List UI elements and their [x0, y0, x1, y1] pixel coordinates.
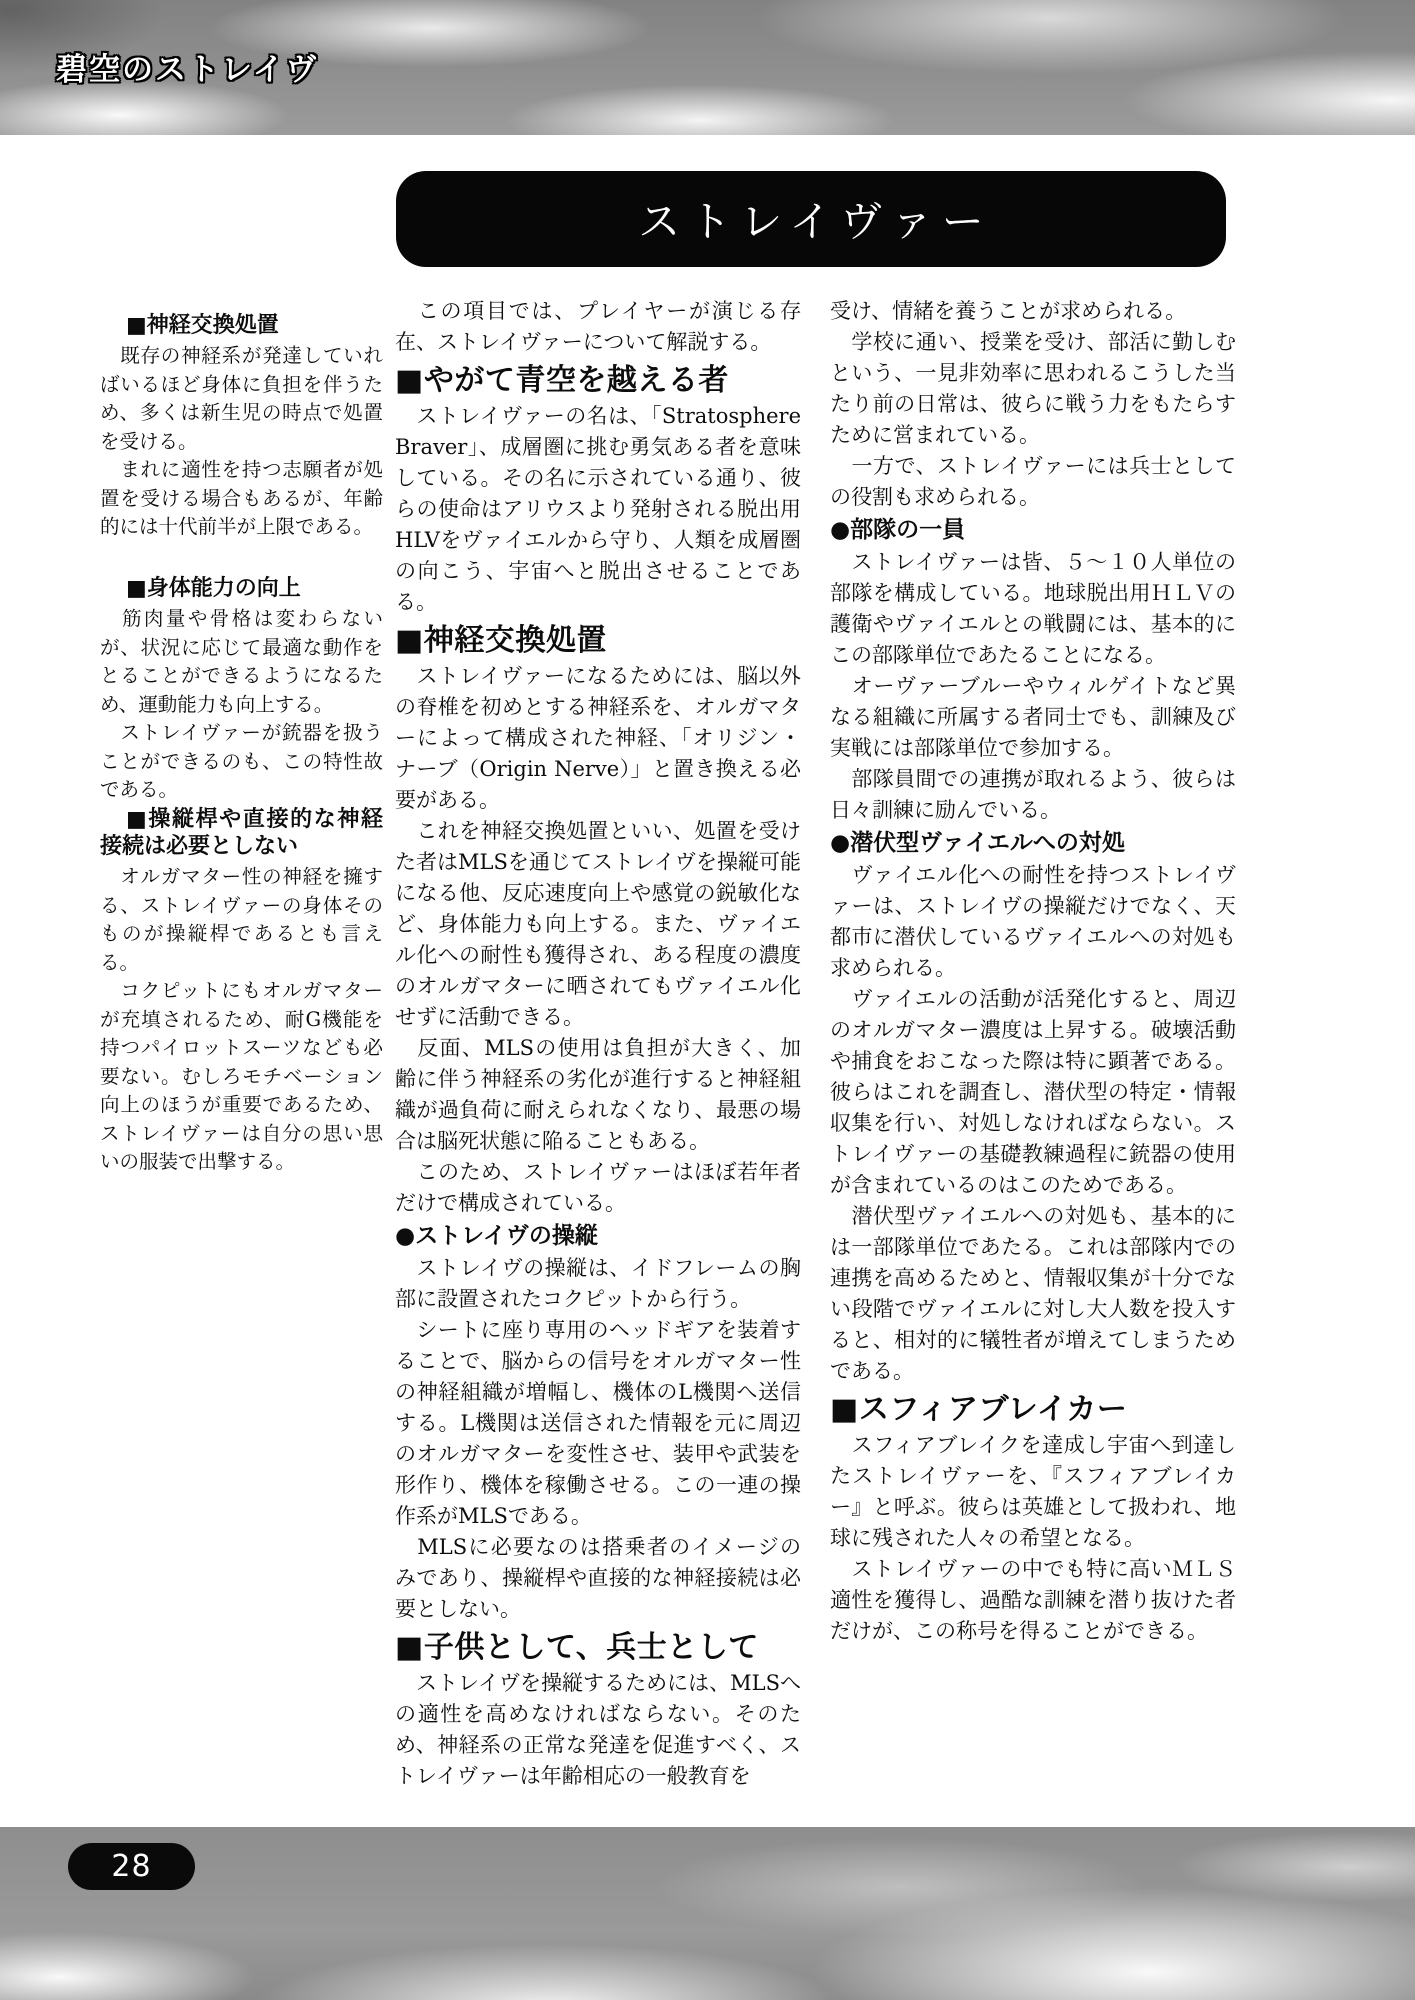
body-paragraph: スフィアブレイクを達成し宇宙へ到達したストレイヴァーを、『スフィアブレイカー』と… [830, 1430, 1236, 1554]
sidebar-section-heading: ■身体能力の向上 [100, 575, 383, 602]
body-paragraph: これを神経交換処置といい、処置を受けた者はMLSを通じてストレイヴを操縦可能にな… [395, 816, 801, 1033]
sidebar-section-physical-ability: ■身体能力の向上 筋肉量や骨格は変わらないが、状況に応じて最適な動作をとることが… [100, 575, 383, 805]
sidebar-section-heading: ■神経交換処置 [100, 312, 383, 339]
page-number-badge: 28 [68, 1843, 195, 1890]
section-heading-nerve-exchange: ■神経交換処置 [395, 622, 801, 659]
body-paragraph: ストレイヴの操縦は、イドフレームの胸部に設置されたコクピットから行う。 [395, 1253, 801, 1315]
body-paragraph: 受け、情緒を養うことが求められる。 [830, 296, 1236, 327]
body-paragraph: シートに座り専用のヘッドギアを装着することで、脳からの信号をオルガマター性の神経… [395, 1315, 801, 1532]
section-heading-sky-crosser: ■やがて青空を越える者 [395, 362, 801, 399]
body-paragraph: ヴァイエルの活動が活発化すると、周辺のオルガマター濃度は上昇する。破壊活動や捕食… [830, 984, 1236, 1201]
section-heading-sphere-breaker: ■スフィアブレイカー [830, 1391, 1236, 1428]
intro-paragraph: この項目では、プレイヤーが演じる存在、ストレイヴァーについて解説する。 [395, 296, 801, 358]
page-title-banner: ストレイヴァー [396, 171, 1226, 267]
body-paragraph: このため、ストレイヴァーはほぼ若年者だけで構成されている。 [395, 1157, 801, 1219]
body-paragraph: 潜伏型ヴァイエルへの対処も、基本的には一部隊単位であたる。これは部隊内での連携を… [830, 1201, 1236, 1387]
subsection-heading-squad-member: ●部隊の一員 [830, 515, 1236, 546]
body-paragraph: オーヴァーブルーやウィルゲイトなど異なる組織に所属する者同士でも、訓練及び実戦に… [830, 671, 1236, 764]
sidebar-section-heading: ■操縦桿や直接的な神経接続は必要としない [100, 806, 383, 860]
body-paragraph: 一方で、ストレイヴァーには兵士としての役割も求められる。 [830, 451, 1236, 513]
sidebar-section-nerve-exchange: ■神経交換処置 既存の神経系が発達していればいるほど身体に負担を伴うため、多くは… [100, 312, 383, 542]
sidebar-paragraph: 筋肉量や骨格は変わらないが、状況に応じて最適な動作をとることができるようになるた… [100, 605, 383, 719]
subsection-heading-lurking-vaiel: ●潜伏型ヴァイエルへの対処 [830, 828, 1236, 859]
sidebar-paragraph: コクピットにもオルガマターが充填されるため、耐G機能を持つパイロットスーツなども… [100, 977, 383, 1177]
body-paragraph: 部隊員間での連携が取れるよう、彼らは日々訓練に励んでいる。 [830, 764, 1236, 826]
body-paragraph: ストレイヴァーの名は、「Stratosphere Braver」、成層圏に挑む勇… [395, 401, 801, 618]
page: 碧空のストレイヴ ストレイヴァー ■神経交換処置 既存の神経系が発達していればい… [0, 0, 1415, 2000]
body-paragraph: ストレイヴァーの中でも特に高いＭＬＳ適性を獲得し、過酷な訓練を潜り抜けた者だけが… [830, 1554, 1236, 1647]
body-paragraph: ヴァイエル化への耐性を持つストレイヴァーは、ストレイヴの操縦だけでなく、天都市に… [830, 860, 1236, 984]
book-title: 碧空のストレイヴ [56, 44, 318, 89]
main-column: この項目では、プレイヤーが演じる存在、ストレイヴァーについて解説する。 ■やがて… [395, 296, 801, 1792]
sidebar-section-no-control-stick: ■操縦桿や直接的な神経接続は必要としない オルガマター性の神経を擁する、ストレイ… [100, 806, 383, 1177]
header-sky-image: 碧空のストレイヴ [0, 0, 1415, 135]
sidebar-paragraph: 既存の神経系が発達していればいるほど身体に負担を伴うため、多くは新生児の時点で処… [100, 342, 383, 456]
body-paragraph: ストレイヴァーは皆、５～１０人単位の部隊を構成している。地球脱出用ＨＬＶの護衛や… [830, 547, 1236, 671]
body-paragraph: ストレイヴを操縦するためには、MLSへの適性を高めなければならない。そのため、神… [395, 1668, 801, 1792]
page-number: 28 [111, 1849, 151, 1884]
body-paragraph: MLSに必要なのは搭乗者のイメージのみであり、操縦桿や直接的な神経接続は必要とし… [395, 1532, 801, 1625]
body-paragraph: 学校に通い、授業を受け、部活に勤しむという、一見非効率に思われるこうした当たり前… [830, 327, 1236, 451]
sidebar-paragraph: まれに適性を持つ志願者が処置を受ける場合もあるが、年齢的には十代前半が上限である… [100, 456, 383, 542]
right-column: 受け、情緒を養うことが求められる。 学校に通い、授業を受け、部活に勤しむという、… [830, 296, 1236, 1647]
page-title: ストレイヴァー [629, 189, 992, 249]
subsection-heading-strave-piloting: ●ストレイヴの操縦 [395, 1221, 801, 1252]
body-paragraph: ストレイヴァーになるためには、脳以外の脊椎を初めとする神経系を、オルガマターによ… [395, 661, 801, 816]
footer-sky-image: 28 [0, 1827, 1415, 2000]
sidebar-paragraph: オルガマター性の神経を擁する、ストレイヴァーの身体そのものが操縦桿であるとも言え… [100, 863, 383, 977]
sidebar-paragraph: ストレイヴァーが銃器を扱うことができるのも、この特性故である。 [100, 719, 383, 805]
section-heading-child-and-soldier: ■子供として、兵士として [395, 1629, 801, 1666]
body-paragraph: 反面、MLSの使用は負担が大きく、加齢に伴う神経系の劣化が進行すると神経組織が過… [395, 1033, 801, 1157]
